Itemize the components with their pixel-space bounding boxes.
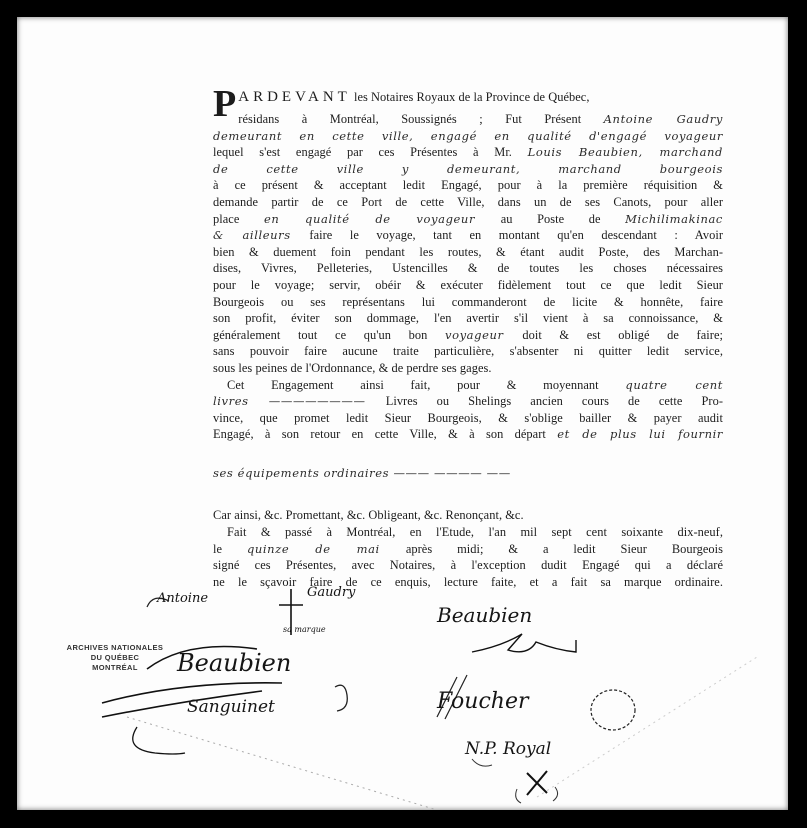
mark-caption: sa marque	[283, 625, 326, 634]
scanned-document-page: PARDEVANT les Notaires Royaux de la Prov…	[17, 17, 788, 810]
signature-strokes	[17, 17, 788, 810]
signature-notary-sanguinet: Sanguinet	[187, 697, 275, 717]
signature-mark-name: Gaudry	[307, 585, 355, 600]
signature-bourgeois: Beaubien	[437, 603, 532, 627]
signature-np-royal: N.P. Royal	[465, 739, 551, 759]
signature-notary-foucher: Foucher	[437, 689, 529, 714]
signature-notary-marker: Antoine	[157, 591, 208, 606]
signature-second: Beaubien	[177, 649, 291, 677]
